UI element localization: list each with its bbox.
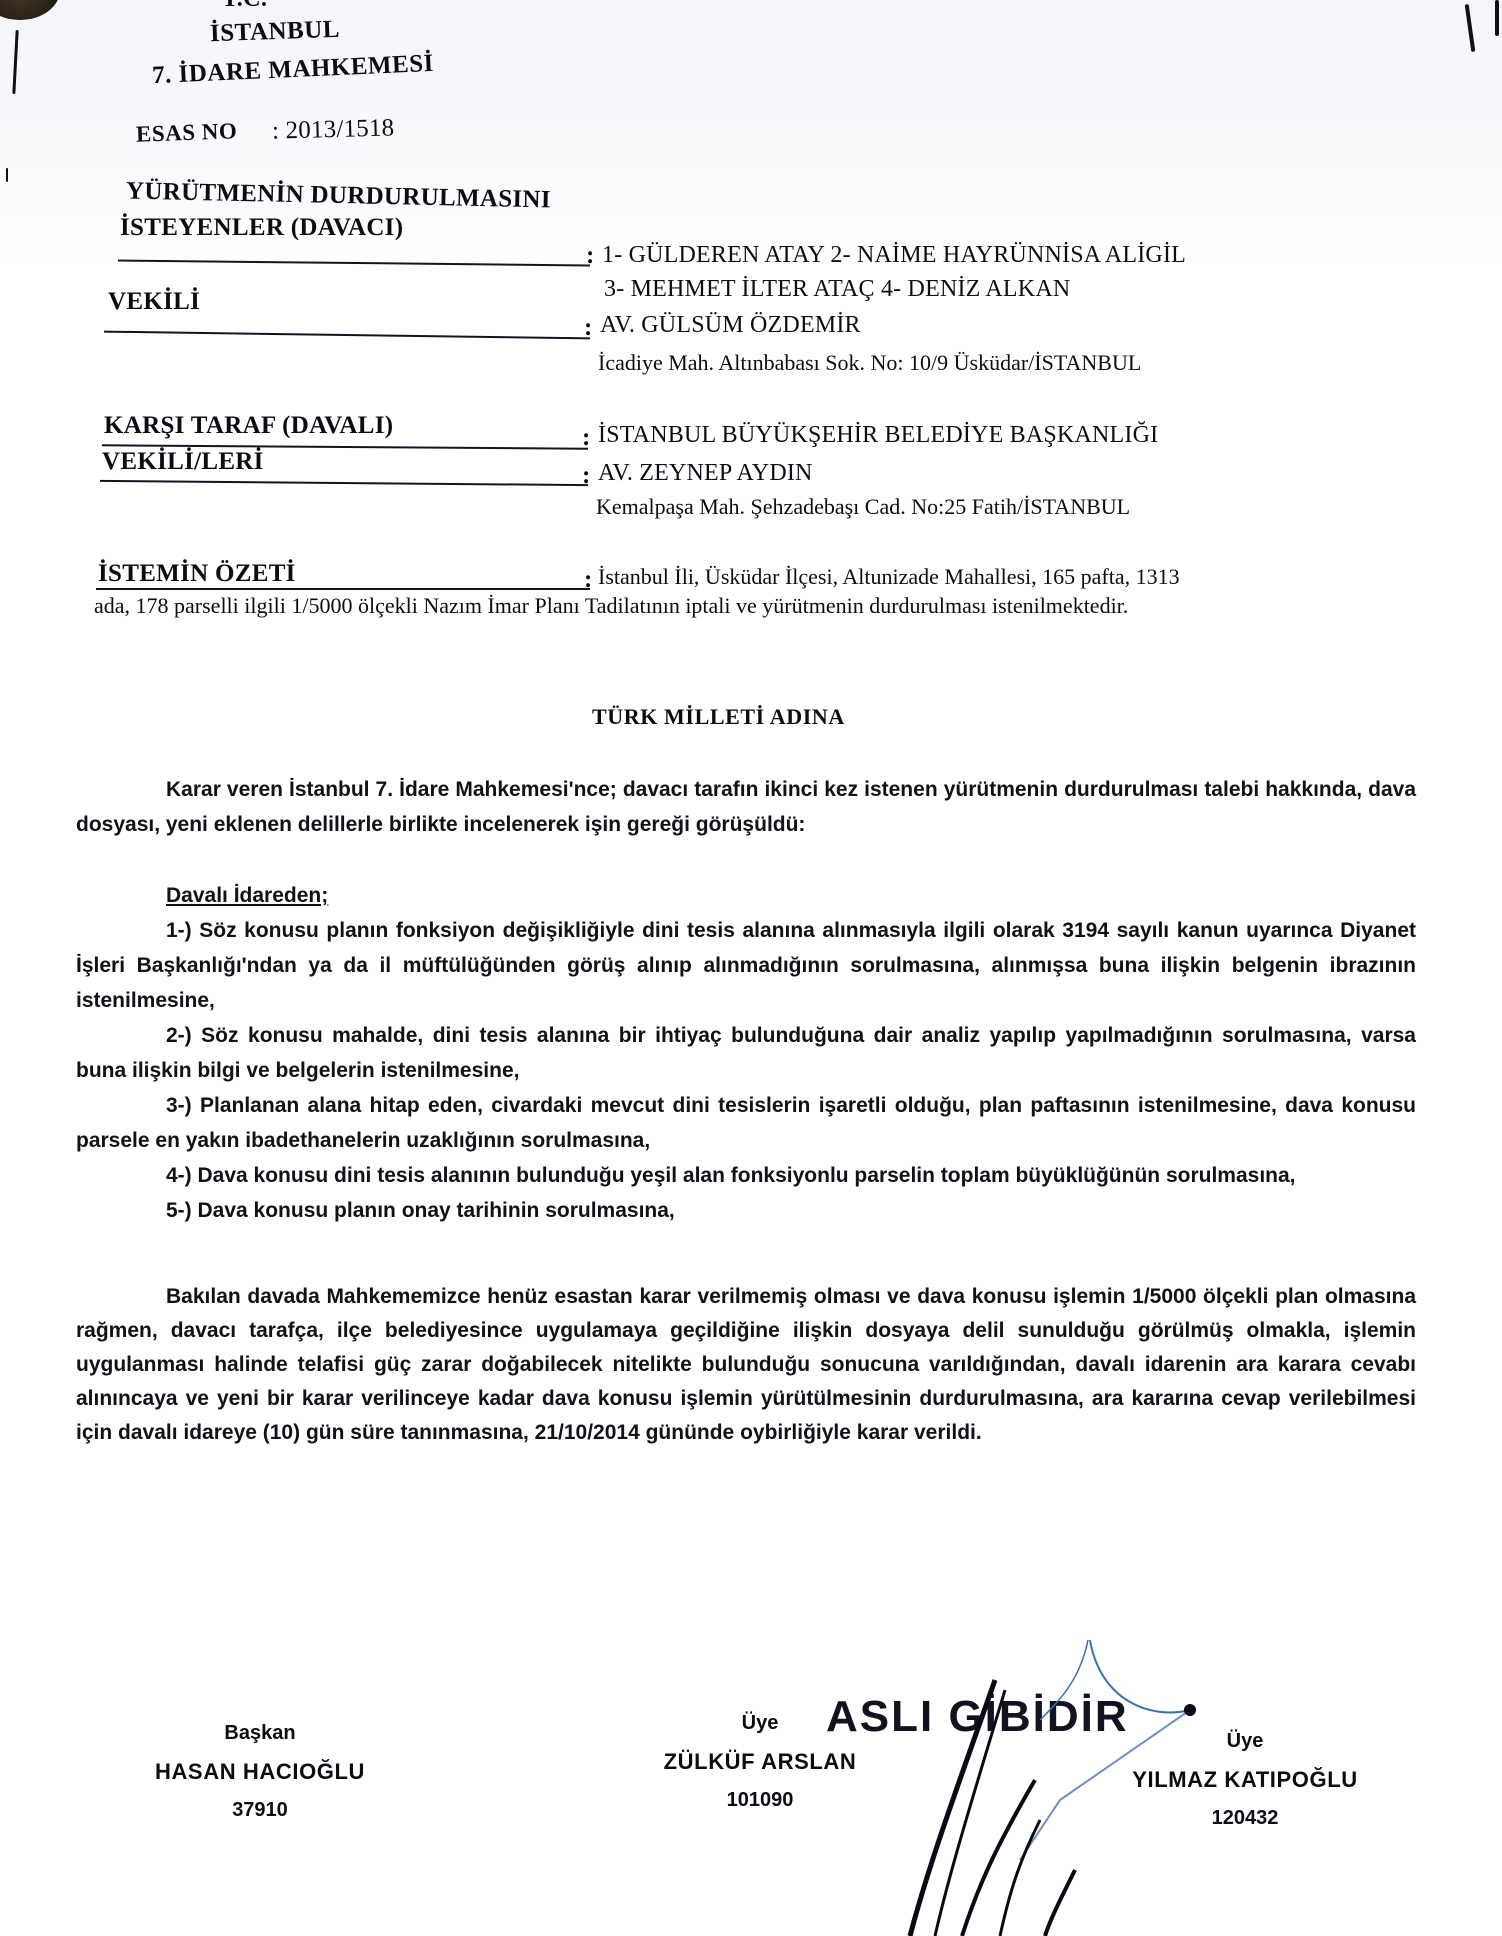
document-title: TÜRK MİLLETİ ADINA xyxy=(592,704,845,730)
defendant-attorney-colon: : xyxy=(582,462,590,490)
request-item-3: 3-) Planlanan alana hitap eden, civardak… xyxy=(76,1088,1416,1158)
signature-role: Üye xyxy=(1080,1730,1410,1753)
defendant-attorney-label: VEKİLİ/LERİ xyxy=(102,448,264,476)
plaintiff-attorney-address: İcadiye Mah. Altınbabası Sok. No: 10/9 Ü… xyxy=(598,350,1141,376)
request-item-2: 2-) Söz konusu mahalde, dini tesis alanı… xyxy=(76,1018,1416,1088)
signature-number: 120432 xyxy=(1080,1807,1410,1830)
esas-no-value: : 2013/1518 xyxy=(272,114,395,145)
defendant-label: KARŞI TARAF (DAVALI) xyxy=(104,412,393,440)
summary-line1: İstanbul İli, Üsküdar İlçesi, Altunizade… xyxy=(598,564,1180,590)
defendant-attorney-name: AV. ZEYNEP AYDIN xyxy=(598,460,813,487)
request-item-4: 4-) Dava konusu dini tesis alanının bulu… xyxy=(76,1158,1416,1193)
esas-no-label: ESAS NO xyxy=(136,118,238,148)
plaintiff-attorney-label: VEKİLİ xyxy=(108,288,200,316)
summary-label: İSTEMİN ÖZETİ xyxy=(98,560,296,588)
signature-member-2: Üye YILMAZ KATIPOĞLU 120432 xyxy=(1080,1730,1410,1830)
signature-name: HASAN HACIOĞLU xyxy=(110,1759,410,1785)
defendant-name: İSTANBUL BÜYÜKŞEHİR BELEDİYE BAŞKANLIĞI xyxy=(598,422,1158,449)
header-tc: T.C. xyxy=(222,0,268,13)
plaintiff-colon: : xyxy=(586,242,594,270)
signature-number: 37910 xyxy=(110,1799,410,1822)
signature-name: ZÜLKÜF ARSLAN xyxy=(610,1749,910,1775)
request-item-5: 5-) Dava konusu planın onay tarihinin so… xyxy=(76,1193,1416,1228)
signature-number: 101090 xyxy=(610,1789,910,1812)
intro-paragraph: Karar veren İstanbul 7. İdare Mahkemesi'… xyxy=(76,772,1416,842)
plaintiff-label-line2: İSTEYENLER (DAVACI) xyxy=(120,214,403,242)
signature-role: Başkan xyxy=(110,1722,410,1745)
summary-rest: ada, 178 parselli ilgili 1/5000 ölçekli … xyxy=(94,590,1414,622)
right-edge-mark-2 xyxy=(1495,0,1499,36)
plaintiff-attorney-colon: : xyxy=(584,314,592,342)
certified-copy-stamp: ASLI GİBİDİR xyxy=(826,1692,1129,1742)
section-heading: Davalı İdareden; xyxy=(76,878,1416,913)
signature-president: Başkan HASAN HACIOĞLU 37910 xyxy=(110,1722,410,1822)
signature-name: YILMAZ KATIPOĞLU xyxy=(1080,1767,1410,1793)
request-item-1: 1-) Söz konusu planın fonksiyon değişikl… xyxy=(76,913,1416,1018)
decision-paragraph: Bakılan davada Mahkememizce henüz esasta… xyxy=(76,1280,1416,1450)
section-heading-text: Davalı İdareden; xyxy=(166,884,328,907)
plaintiff-attorney-name: AV. GÜLSÜM ÖZDEMİR xyxy=(600,312,861,339)
left-edge-tick xyxy=(6,168,8,182)
header-city: İSTANBUL xyxy=(210,16,341,49)
body-content: Karar veren İstanbul 7. İdare Mahkemesi'… xyxy=(76,772,1416,1450)
plaintiff-names-line2: 3- MEHMET İLTER ATAÇ 4- DENİZ ALKAN xyxy=(604,276,1070,303)
plaintiff-names-line1: 1- GÜLDEREN ATAY 2- NAİME HAYRÜNNİSA ALİ… xyxy=(602,242,1186,269)
defendant-colon: : xyxy=(582,424,590,452)
defendant-attorney-address: Kemalpaşa Mah. Şehzadebaşı Cad. No:25 Fa… xyxy=(596,494,1130,520)
summary-rest-text: ada, 178 parselli ilgili 1/5000 ölçekli … xyxy=(94,590,1414,622)
